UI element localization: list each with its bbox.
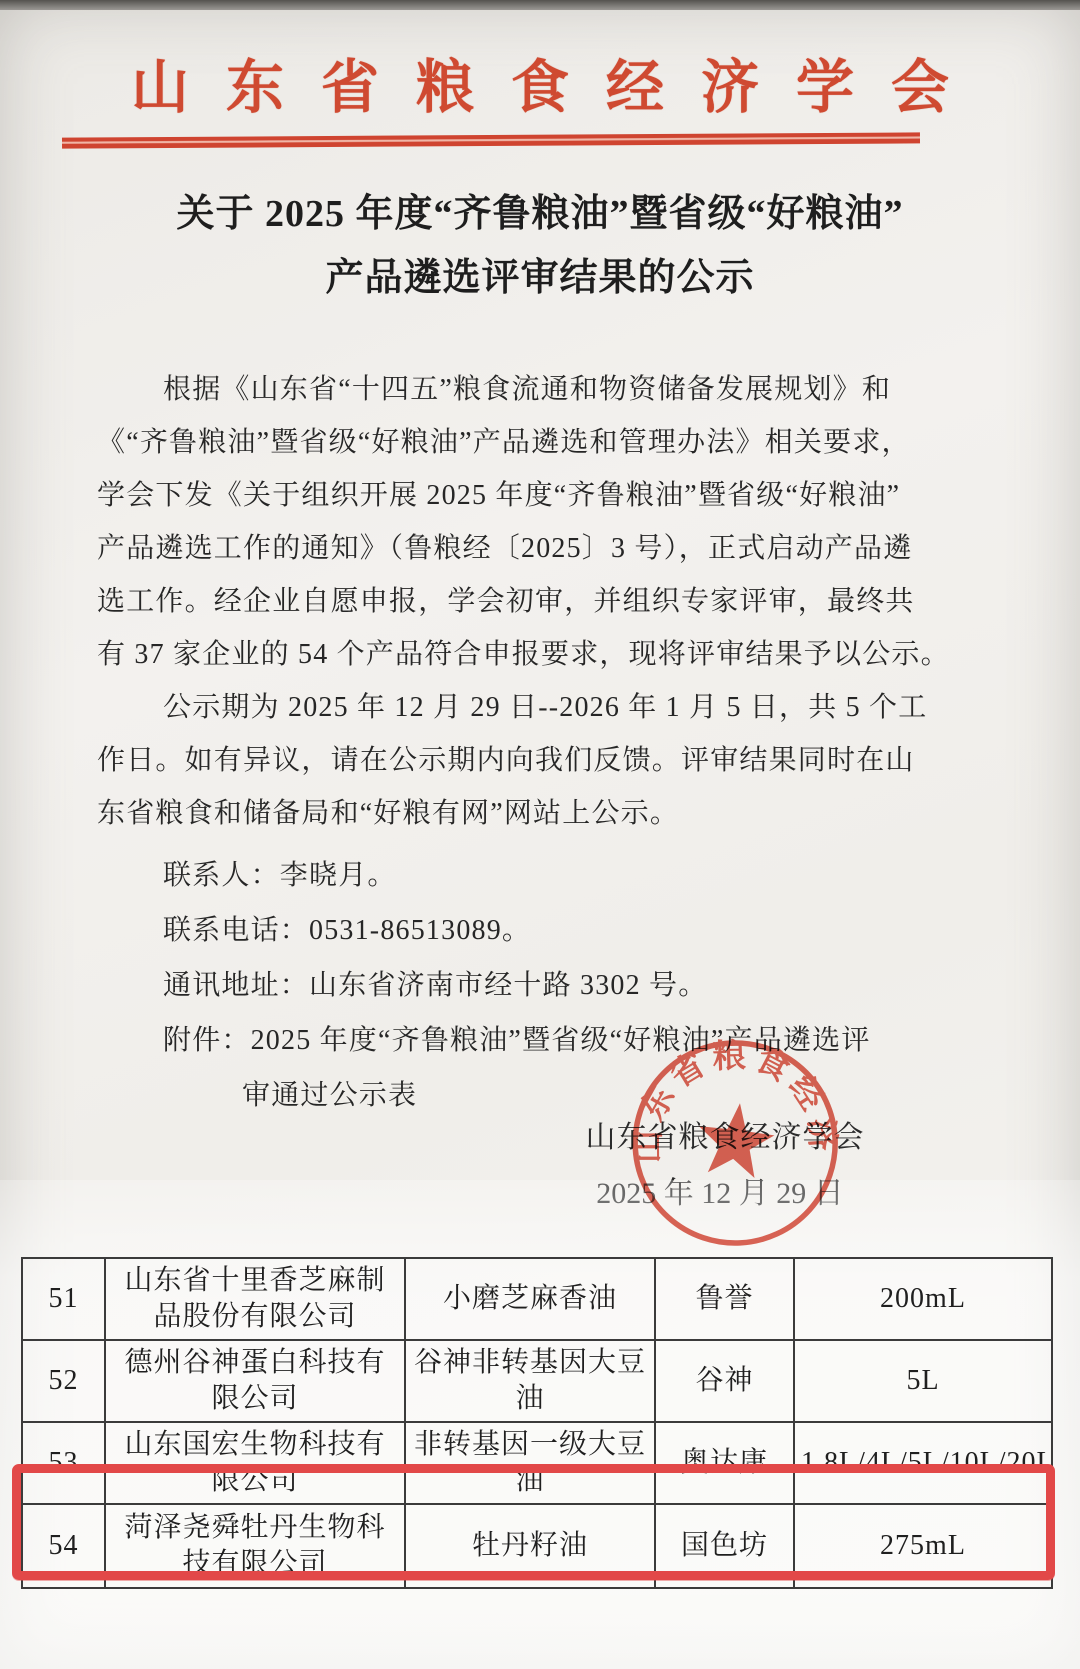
cell-company: 菏泽尧舜牡丹生物科技有限公司 — [105, 1504, 405, 1588]
table-row-highlighted: 54 菏泽尧舜牡丹生物科技有限公司 牡丹籽油 国色坊 275mL — [22, 1504, 1052, 1588]
body-line: 东省粮食和储备局和“好粮有网”网站上公示。 — [97, 784, 897, 837]
body-line: 学会下发《关于组织开展 2025 年度“齐鲁粮油”暨省级“好粮油” — [97, 466, 897, 519]
photo-top-edge — [0, 0, 1080, 10]
document-title-line1: 关于 2025 年度“齐鲁粮油”暨省级“好粮油” — [0, 182, 1080, 237]
cell-product: 小磨芝麻香油 — [405, 1258, 655, 1340]
body-line: 根据《山东省“十四五”粮食流通和物资储备发展规划》和 — [97, 360, 897, 413]
cell-product: 非转基因一级大豆油 — [405, 1422, 655, 1504]
body-line: 《“齐鲁粮油”暨省级“好粮油”产品遴选和管理办法》相关要求， — [97, 413, 897, 466]
document-title-line2: 产品遴选评审结果的公示 — [0, 246, 1080, 301]
svg-text:山东省粮食经济学会: 山东省粮食经济学会 — [594, 1008, 842, 1170]
body-line: 作日。如有异议，请在公示期内向我们反馈。评审结果同时在山 — [97, 731, 897, 784]
cell-row-number: 52 — [22, 1340, 105, 1422]
body-line: 选工作。经企业自愿申报，学会初审，并组织专家评审，最终共 — [97, 572, 897, 625]
cell-product: 谷神非转基因大豆油 — [405, 1340, 655, 1422]
contact-address-line: 通讯地址：山东省济南市经十路 3302 号。 — [97, 955, 897, 1010]
official-seal-stamp: 山东省粮食经济学会 — [594, 1008, 877, 1272]
table-row: 53 山东国宏生物科技有限公司 非转基因一级大豆油 奥达康 1.8L/4L/5L… — [22, 1422, 1052, 1504]
cell-spec: 200mL — [794, 1258, 1052, 1340]
cell-brand: 鲁誉 — [655, 1258, 794, 1340]
stamp-ring-text: 山东省粮食经济学会 — [594, 1008, 842, 1170]
document-page: 山东省粮食经济学会 关于 2025 年度“齐鲁粮油”暨省级“好粮油” 产品遴选评… — [0, 0, 1080, 1669]
cell-row-number: 53 — [22, 1422, 105, 1504]
cell-brand: 奥达康 — [655, 1422, 794, 1504]
cell-brand: 国色坊 — [655, 1504, 794, 1588]
cell-spec: 5L — [794, 1340, 1052, 1422]
body-text: 根据《山东省“十四五”粮食流通和物资储备发展规划》和 《“齐鲁粮油”暨省级“好粮… — [97, 360, 897, 1120]
cell-row-number: 54 — [22, 1504, 105, 1588]
cell-row-number: 51 — [22, 1258, 105, 1340]
contact-phone-line: 联系电话：0531-86513089。 — [97, 900, 897, 955]
org-header-title: 山东省粮食经济学会 — [0, 40, 1080, 124]
table-row: 52 德州谷神蛋白科技有限公司 谷神非转基因大豆油 谷神 5L — [22, 1340, 1052, 1422]
cell-spec: 275mL — [794, 1504, 1052, 1588]
header-rule — [62, 132, 920, 148]
table-row: 51 山东省十里香芝麻制品股份有限公司 小磨芝麻香油 鲁誉 200mL — [22, 1258, 1052, 1340]
cell-product: 牡丹籽油 — [405, 1504, 655, 1588]
cell-brand: 谷神 — [655, 1340, 794, 1422]
stamp-star-icon — [698, 1102, 777, 1181]
cell-company: 山东国宏生物科技有限公司 — [105, 1422, 405, 1504]
contact-person-line: 联系人：李晓月。 — [97, 845, 897, 900]
cell-company: 德州谷神蛋白科技有限公司 — [105, 1340, 405, 1422]
body-line: 有 37 家企业的 54 个产品符合申报要求，现将评审结果予以公示。 — [97, 625, 897, 678]
results-table: 51 山东省十里香芝麻制品股份有限公司 小磨芝麻香油 鲁誉 200mL 52 德… — [21, 1257, 1053, 1589]
cell-spec: 1.8L/4L/5L/10L/20L — [794, 1422, 1052, 1504]
body-line: 产品遴选工作的通知》（鲁粮经〔2025〕3 号），正式启动产品遴 — [97, 519, 897, 572]
cell-company: 山东省十里香芝麻制品股份有限公司 — [105, 1258, 405, 1340]
body-line: 公示期为 2025 年 12 月 29 日--2026 年 1 月 5 日，共 … — [97, 678, 897, 731]
